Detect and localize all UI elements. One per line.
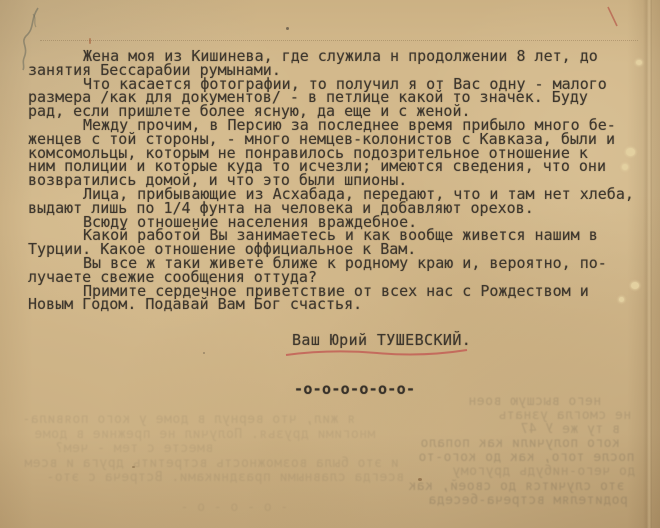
bleed-through-line: всегда славными праздниками. Встреча с э… (46, 470, 404, 485)
scanned-letter-page: него высшую военне смогла узнатьв ту же … (0, 0, 660, 528)
bleed-through-line: после того, как до кого-то (418, 450, 635, 465)
paper-crease (643, 0, 652, 528)
bleed-through-line: это случится до своей, как (408, 479, 625, 494)
bleed-through-line: родителям встреча-беседа (428, 493, 628, 508)
paper-damage-spot (622, 164, 628, 170)
bleed-through-line: - о - о - о - (180, 500, 288, 515)
bleed-through-line: вместе с тем - чем? (55, 441, 213, 456)
bleed-through-line: него высшую воен (468, 394, 601, 409)
red-speck (89, 38, 91, 44)
fold-dotted-line (40, 40, 638, 41)
bleed-through-line: в ту же У 47 (520, 422, 620, 437)
ink-speck (203, 352, 205, 354)
bleed-through-line: кого получили как попало (420, 436, 620, 451)
text-line: Новым Годом. Подавай Вам Бог счастья. (28, 298, 640, 312)
bleed-through-line: я жил, что вернул в доме у кого появила- (22, 412, 355, 427)
paper-damage-spot (626, 148, 635, 156)
red-pen-tick-icon (604, 4, 622, 30)
paper-damage-spot (631, 282, 639, 289)
ink-speck (286, 27, 289, 30)
bleed-through-line: не смогла узнать (498, 408, 631, 423)
bleed-through-line: и это была возможность встретить друга и… (24, 456, 399, 471)
paper-damage-spot (619, 297, 624, 302)
separator-ornament: -о-о-о-о-о-о- (294, 380, 415, 398)
ink-speck (463, 100, 465, 102)
ink-speck (132, 466, 135, 468)
red-underline-mark (283, 346, 471, 360)
ink-speck (418, 478, 422, 481)
paper-damage-spot (636, 60, 642, 65)
bleed-through-line: до чего-нибудь другому (452, 464, 635, 479)
letter-body: Жена моя из Кишинева, где служила н прод… (28, 50, 640, 312)
bleed-through-line: многими друзья. Получил не прежние в дом… (34, 427, 375, 442)
